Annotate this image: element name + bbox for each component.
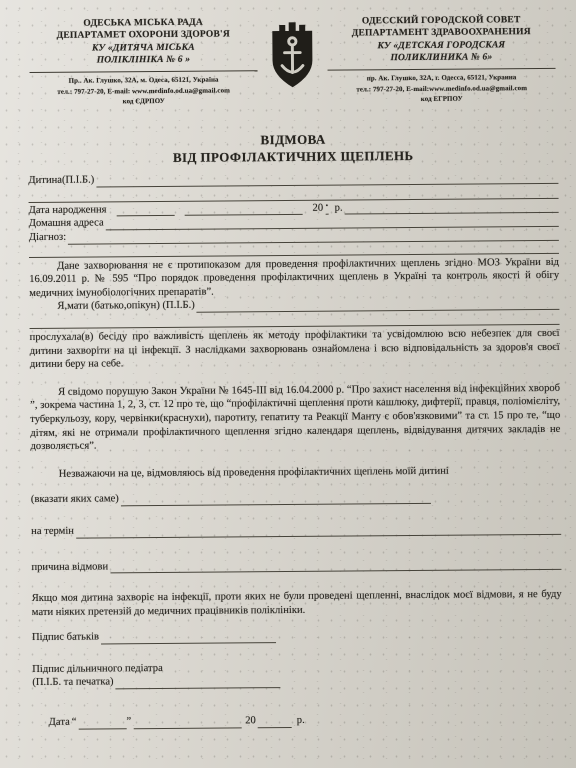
title-line2: ВІД ПРОФІЛАКТИЧНИХ ЩЕПЛЕНЬ [28, 147, 558, 168]
blank-line [78, 716, 126, 729]
date-year-suffix: р. [292, 714, 307, 728]
field-term: на термін [31, 521, 561, 539]
field-parent-name: Я,мати (батько,опікун) (П.І.Б.) [29, 296, 559, 314]
paragraph-disease-not-contraindication: Дане захворювання не є протипоказом для … [29, 255, 559, 300]
org-name-uk-line4: ПОЛІКЛІНІКА № 6 » [27, 53, 259, 67]
date-year-prefix: 20 [241, 714, 258, 728]
blank-line [133, 715, 241, 729]
odessa-coat-of-arms-icon [263, 16, 322, 94]
field-refusal-reason: причина відмови [31, 556, 561, 574]
blank-line [345, 200, 559, 215]
field-child-name: Дитина(П.І.Б.) [28, 170, 558, 188]
page-title: ВІДМОВА ВІД ПРОФІЛАКТИЧНИХ ЩЕПЛЕНЬ [28, 130, 558, 168]
scanned-form-page: ОДЕСЬКА МІСЬКА РАДА ДЕПАРТАМЕТ ОХОРОНИ З… [0, 0, 576, 768]
birth-year-prefix: 20 [312, 202, 325, 216]
home-address-label: Домашня адреса [29, 217, 106, 231]
paragraph-law-violation: Я свідомо порушую Закон України № 1645-I… [30, 382, 561, 454]
paragraph-responsibility: прослухала(в) бесіду про важливість щепл… [30, 327, 560, 372]
parent-intro-label: Я,мати (батько,опікун) (П.І.Б.) [57, 299, 197, 314]
blank-line [115, 675, 280, 689]
birth-year-suffix: р. [329, 201, 345, 215]
egrpou-code-ru: код ЕГРПОУ [326, 94, 558, 106]
letterhead: ОДЕСЬКА МІСЬКА РАДА ДЕПАРТАМЕТ ОХОРОНИ З… [27, 14, 558, 109]
reason-label: причина відмови [31, 560, 110, 574]
specify-label: (вказати яких саме) [31, 493, 121, 507]
paragraph-no-claims: Якщо моя дитина захворіє на інфекції, пр… [32, 588, 562, 619]
letterhead-ukrainian: ОДЕСЬКА МІСЬКА РАДА ДЕПАРТАМЕТ ОХОРОНИ З… [27, 16, 260, 108]
letterhead-divider-right [328, 68, 556, 71]
parents-signature-label: Підпис батьків [32, 631, 101, 645]
blank-line [101, 630, 276, 644]
blank-line [258, 715, 292, 728]
blank-line [197, 297, 560, 313]
birth-date-label: Дата народження [29, 203, 109, 217]
blank-line [96, 171, 558, 188]
blank-line [110, 557, 561, 574]
blank-line [76, 521, 561, 538]
letterhead-russian: ОДЕССКИЙ ГОРОДСКОЙ СОВЕТ ДЕПАРТАМЕНТ ЗДР… [325, 14, 558, 106]
field-specify-vaccines: (вказати яких саме) [31, 489, 561, 507]
edrpou-code-uk: код ЄДРПОУ [28, 96, 260, 108]
org-name-uk-line2: ДЕПАРТАМЕТ ОХОРОНИ ЗДОРОВ'Я [27, 29, 259, 43]
child-name-label: Дитина(П.І.Б.) [28, 174, 96, 188]
org-name-ru-line2: ДЕПАРТАМЕНТ ЗДРАВООХРАНЕНИЯ [325, 26, 557, 40]
paragraph-refusal-statement: Незважаючи на це, відмовляюсь від провед… [31, 464, 561, 482]
org-name-ru-line4: ПОЛИКЛИНИКА № 6» [325, 51, 557, 65]
pediatrician-stamp-label: (П.І.Б. та печатка) [32, 676, 115, 690]
letterhead-divider-left [30, 71, 258, 74]
blank-line [121, 491, 431, 506]
field-pediatrician-signature: Підпис дільничного педіатра (П.І.Б. та п… [32, 659, 562, 690]
date-label: Дата [49, 716, 72, 730]
blank-line [29, 312, 559, 329]
diagnosis-label: Діагноз: [29, 231, 68, 245]
term-label: на термін [31, 525, 76, 539]
field-parents-signature: Підпис батьків [32, 627, 562, 645]
blank-line [184, 202, 302, 216]
field-date: Дата “ ” 20 р. [33, 712, 563, 730]
blank-line [116, 203, 174, 216]
